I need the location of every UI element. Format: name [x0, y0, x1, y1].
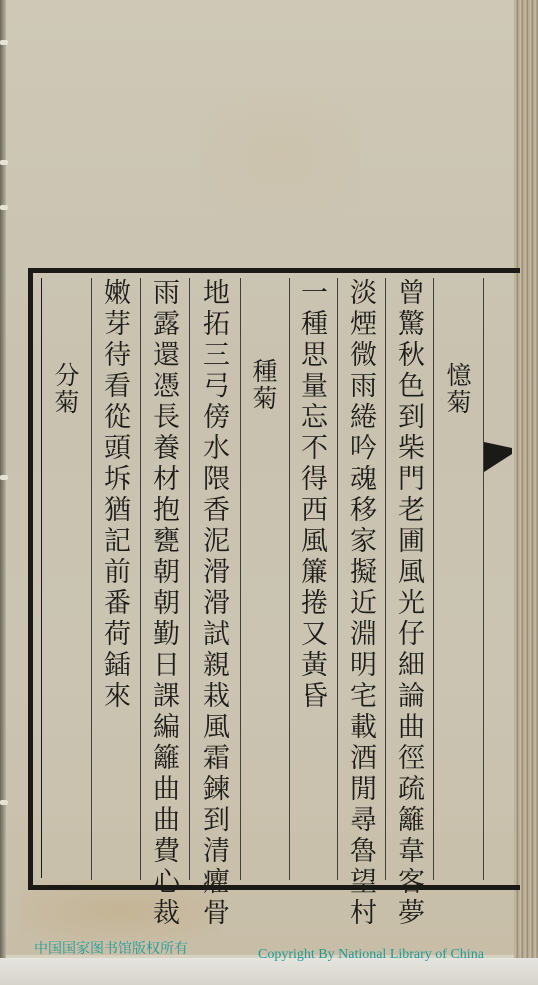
binding-edge: [0, 0, 6, 985]
binding-stitch: [0, 160, 8, 165]
column-rule: [240, 278, 241, 880]
poem-title: 憶菊: [442, 362, 472, 416]
poem-line: 一種思量忘不得西風簾捲又黃昏: [296, 278, 326, 712]
column-rule: [189, 278, 190, 880]
binding-stitch: [0, 800, 8, 805]
poem-line: 地拓三弓傍水隈香泥滑滑試親栽風霜鍊到清癯骨: [198, 278, 228, 929]
poem-title: 分菊: [50, 362, 80, 416]
binding-stitch: [0, 205, 8, 210]
watermark-chinese: 中国国家图书馆版权所有: [34, 938, 188, 958]
stain: [200, 90, 360, 210]
column-rule: [433, 278, 434, 880]
poem-line: 雨露還憑長養材抱甕朝朝勤日課編籬曲曲費心裁: [148, 278, 178, 929]
column-rule: [91, 278, 92, 880]
binding-stitch: [0, 40, 8, 45]
column-rule: [337, 278, 338, 880]
binding-stitch: [0, 475, 8, 480]
poem-line: 曾驚秋色到柴門老圃風光仔細論曲徑疏籬韋客夢: [393, 278, 423, 929]
watermark-english: Copyright By National Library of China: [258, 947, 484, 963]
column-rule: [385, 278, 386, 880]
poem-title: 種菊: [248, 358, 278, 412]
column-rule: [289, 278, 290, 880]
column-rule: [140, 278, 141, 880]
frame-inner-rule: [41, 278, 42, 878]
poem-line: 淡煙微雨綣吟魂移家擬近淵明宅載酒閒尋魯望村: [345, 278, 375, 929]
poem-line: 嫩芽待看從頭坼猶記前番荷鍤來: [99, 278, 129, 712]
column-rule: [483, 278, 484, 880]
